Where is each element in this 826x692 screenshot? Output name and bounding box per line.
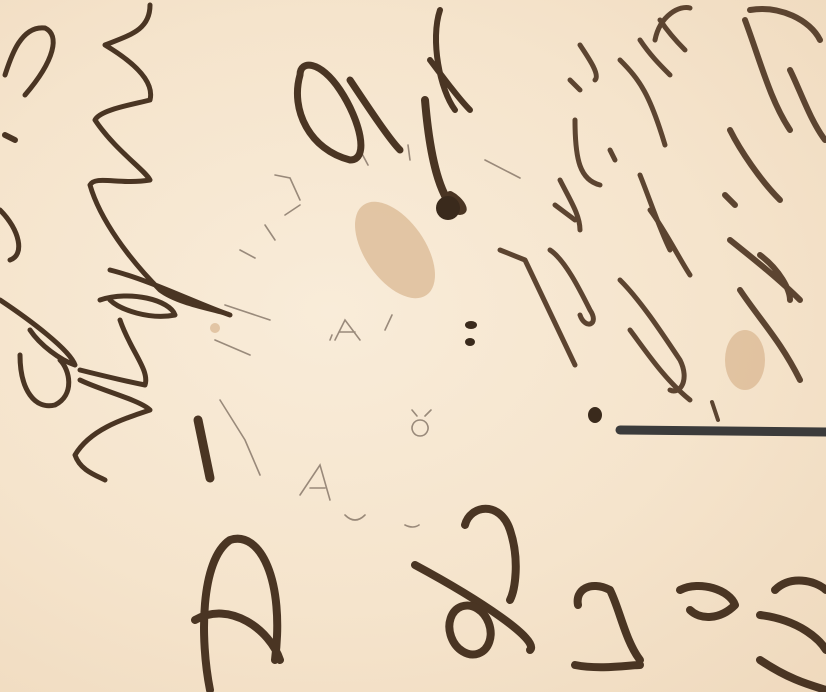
- handwriting-right: [500, 7, 825, 400]
- punctuation-marks: [465, 321, 718, 423]
- handwriting-left: [0, 5, 230, 480]
- rule-line: [620, 430, 826, 432]
- document-page: handwritten letter fragment with postmar…: [0, 0, 826, 692]
- handwriting-bottom: [195, 509, 826, 690]
- postmark: [215, 145, 520, 527]
- handwriting-top-middle: [297, 10, 470, 220]
- handwriting-canvas: [0, 0, 826, 692]
